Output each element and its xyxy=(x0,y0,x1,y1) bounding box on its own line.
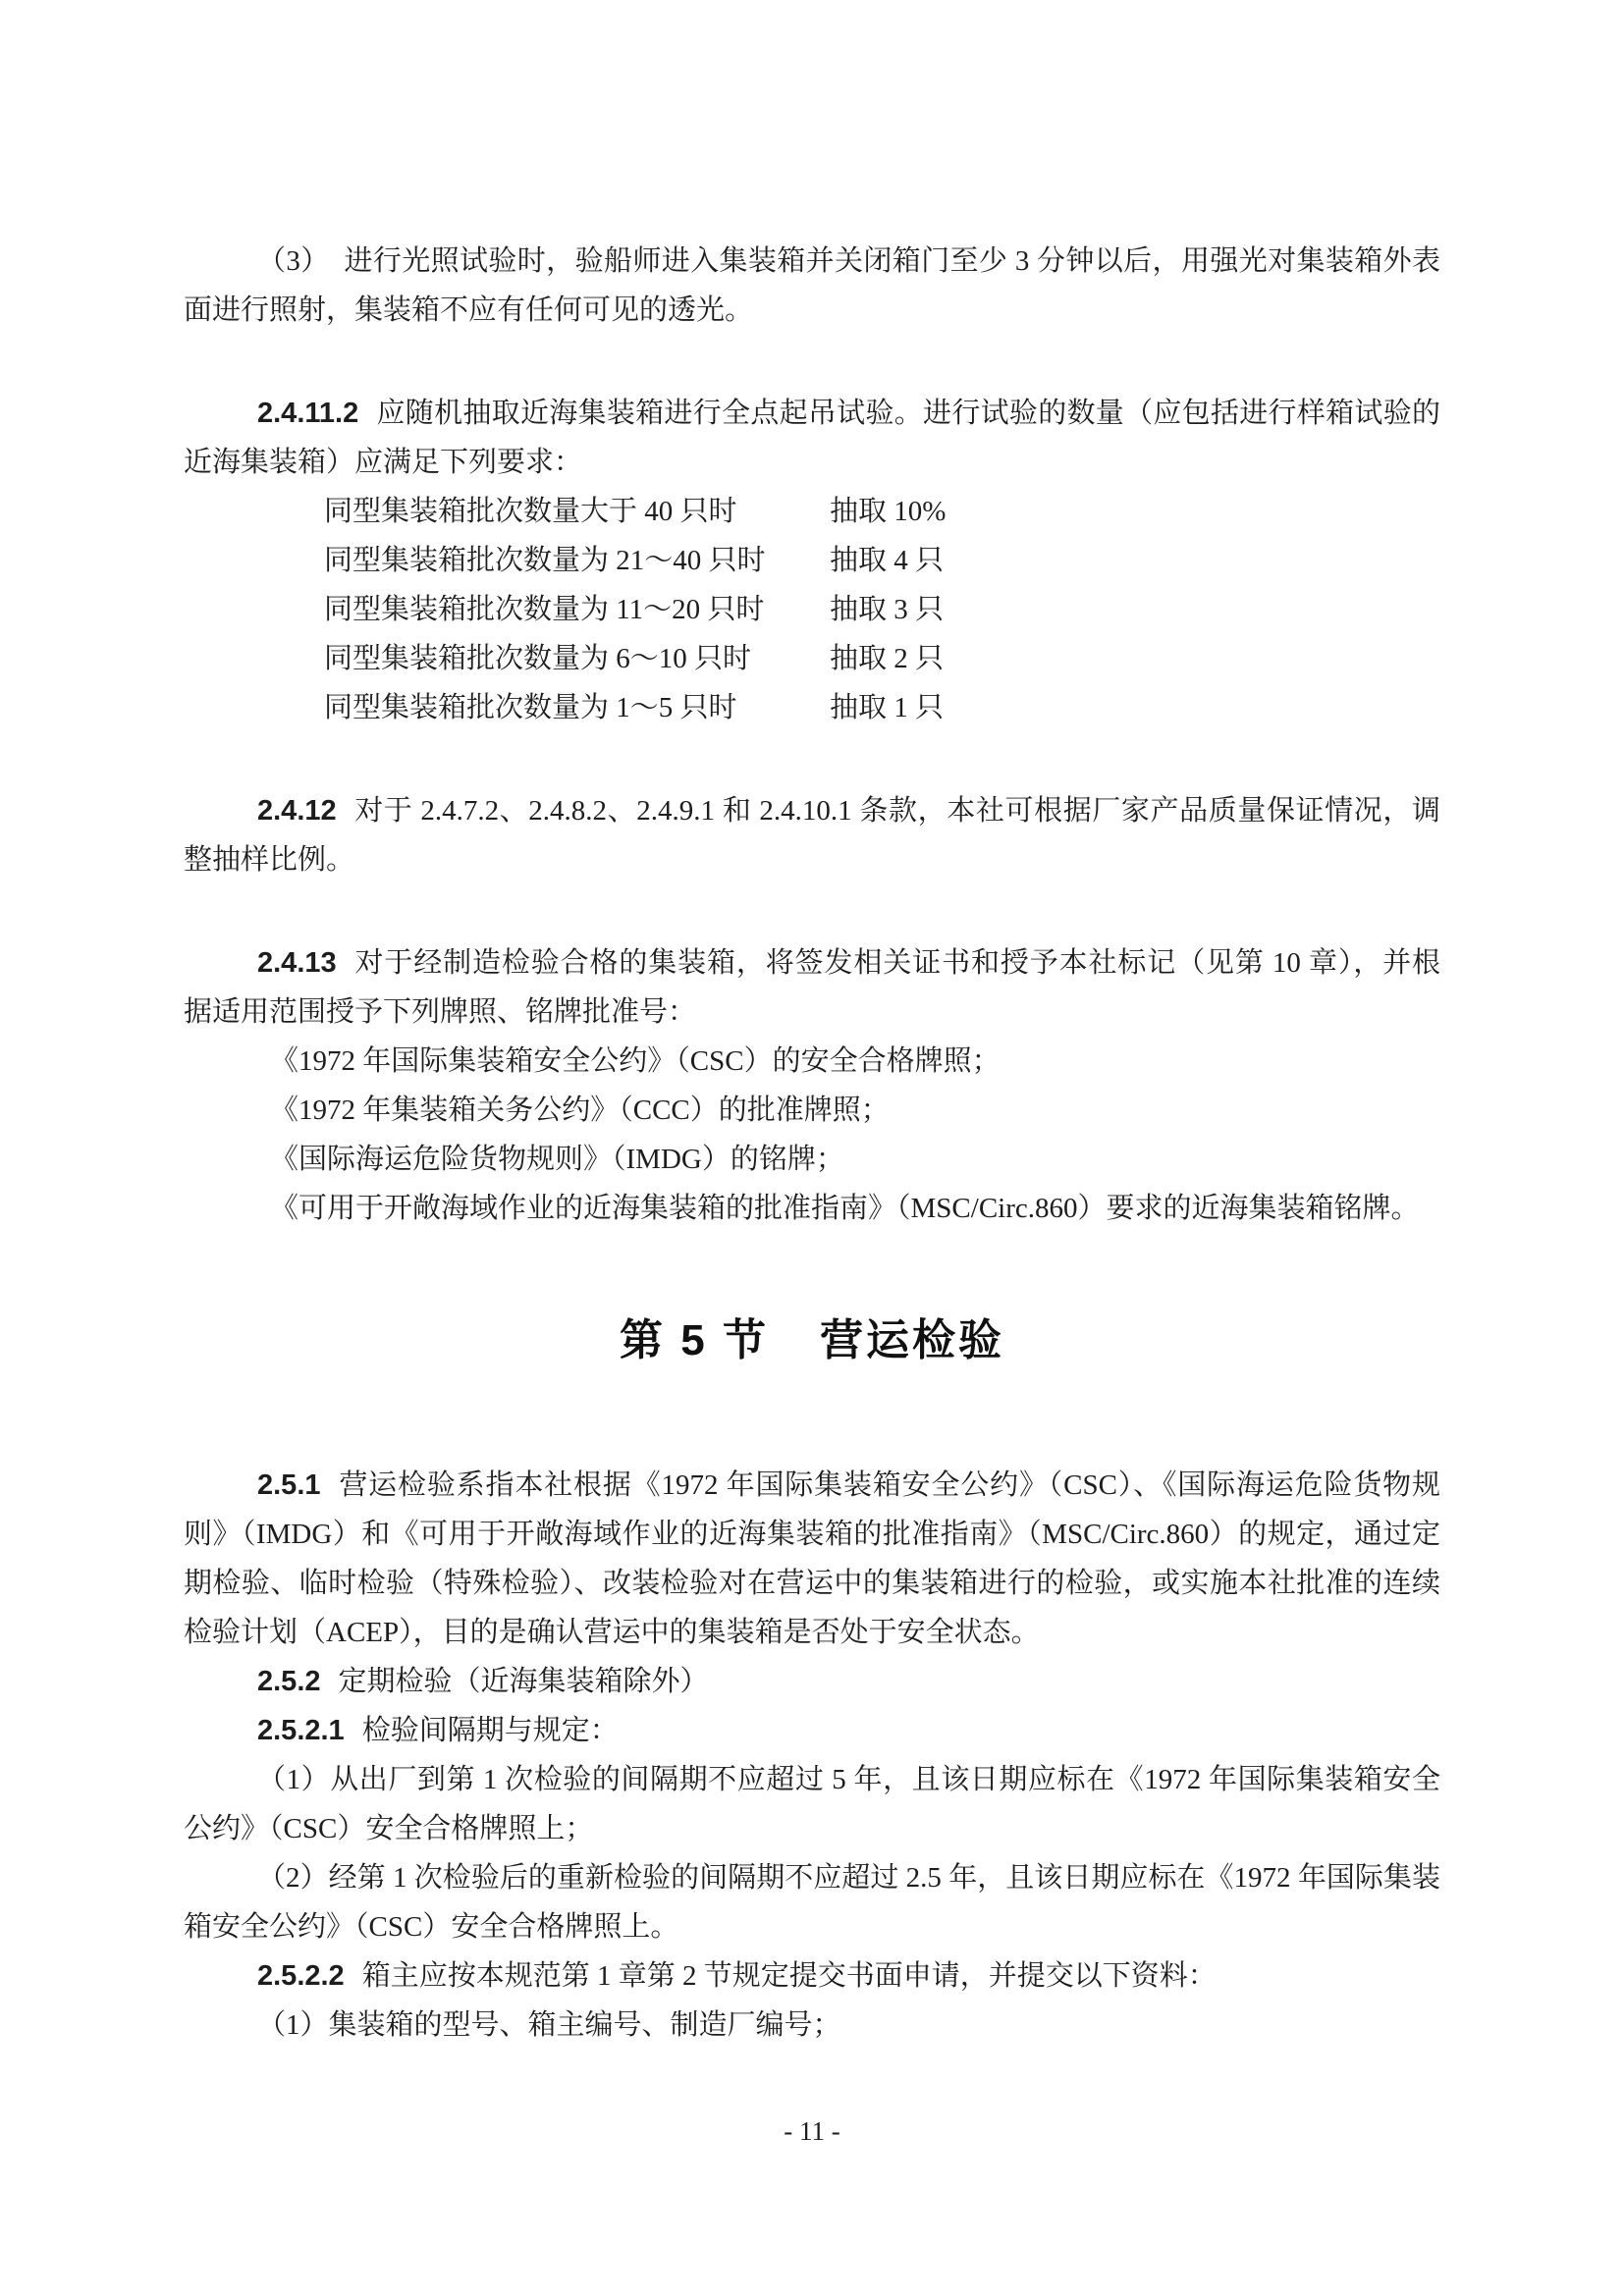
document-page: （3） 进行光照试验时，验船师进入集装箱并关闭箱门至少 3 分钟以后，用强光对集… xyxy=(0,0,1624,2296)
text-line: 2.4.13对于经制造检验合格的集装箱，将签发相关证书和授予本社标记（见第 10… xyxy=(184,938,1440,988)
list-block: 同型集装箱批次数量大于 40 只时抽取 10%同型集装箱批次数量为 21～40 … xyxy=(184,487,1440,732)
paragraph-block: （1）从出厂到第 1 次检验的间隔期不应超过 5 年，且该日期应标在《1972 … xyxy=(184,1755,1440,1853)
paragraph-block: 2.4.11.2应随机抽取近海集装箱进行全点起吊试验。进行试验的数量（应包括进行… xyxy=(184,389,1440,487)
clause-text: 公约》（CSC）安全合格牌照上； xyxy=(184,1813,593,1844)
document-body: （3） 进行光照试验时，验船师进入集装箱并关闭箱门至少 3 分钟以后，用强光对集… xyxy=(184,237,1440,2050)
section-heading-title: 营运检验 xyxy=(820,1316,1004,1364)
clause-text: 整抽样比例。 xyxy=(184,844,354,876)
clause-text: 营运检验系指本社根据《1972 年国际集装箱安全公约》（CSC）、《国际海运危险… xyxy=(339,1469,1441,1501)
clause-number: 2.5.1 xyxy=(257,1469,321,1501)
clause-number: 2.5.2 xyxy=(257,1666,321,1697)
clause-text: 《1972 年国际集装箱安全公约》（CSC）的安全合格牌照； xyxy=(270,1045,1001,1077)
clause-text: 期检验、临时检验（特殊检验）、改装检验对在营运中的集装箱进行的检验，或实施本社批… xyxy=(184,1568,1440,1599)
clause-text: 对于经制造检验合格的集装箱，将签发相关证书和授予本社标记（见第 10 章），并根 xyxy=(354,947,1440,979)
sampling-list-row: 同型集装箱批次数量为 6～10 只时抽取 2 只 xyxy=(184,634,1440,683)
text-line: 2.4.11.2应随机抽取近海集装箱进行全点起吊试验。进行试验的数量（应包括进行… xyxy=(184,389,1440,438)
sampling-list-row: 同型集装箱批次数量为 1～5 只时抽取 1 只 xyxy=(184,683,1440,732)
text-line: 《国际海运危险货物规则》（IMDG）的铭牌； xyxy=(184,1135,1440,1184)
clause-text: 检验计划（ACEP），目的是确认营运中的集装箱是否处于安全状态。 xyxy=(184,1617,1040,1648)
text-line: 《1972 年国际集装箱安全公约》（CSC）的安全合格牌照； xyxy=(184,1037,1440,1086)
clause-text: 箱主应按本规范第 1 章第 2 节规定提交书面申请，并提交以下资料： xyxy=(362,1960,1217,1992)
sampling-quantity: 抽取 10% xyxy=(830,487,946,536)
paragraph-block: （3） 进行光照试验时，验船师进入集装箱并关闭箱门至少 3 分钟以后，用强光对集… xyxy=(184,237,1440,335)
clause-number: 2.5.2.2 xyxy=(257,1960,345,1992)
text-line: 据适用范围授予下列牌照、铭牌批准号： xyxy=(184,988,1440,1037)
clause-text: 箱安全公约》（CSC）安全合格牌照上。 xyxy=(184,1911,678,1943)
paragraph-block: 2.5.1营运检验系指本社根据《1972 年国际集装箱安全公约》（CSC）、《国… xyxy=(184,1461,1440,1657)
clause-text: 据适用范围授予下列牌照、铭牌批准号： xyxy=(184,996,696,1028)
text-line: （1）集装箱的型号、箱主编号、制造厂编号； xyxy=(184,2001,1440,2050)
sampling-quantity: 抽取 3 只 xyxy=(830,585,944,634)
clause-text: （1）集装箱的型号、箱主编号、制造厂编号； xyxy=(257,2009,841,2041)
clause-text: 对于 2.4.7.2、2.4.8.2、2.4.9.1 和 2.4.10.1 条款… xyxy=(354,795,1440,827)
paragraph-block: （2）经第 1 次检验后的重新检验的间隔期不应超过 2.5 年，且该日期应标在《… xyxy=(184,1853,1440,1951)
text-line: 2.4.12对于 2.4.7.2、2.4.8.2、2.4.9.1 和 2.4.1… xyxy=(184,786,1440,835)
text-line: 《可用于开敞海域作业的近海集装箱的批准指南》（MSC/Circ.860）要求的近… xyxy=(184,1184,1440,1233)
sampling-quantity: 抽取 1 只 xyxy=(830,683,944,732)
clause-number: 2.4.11.2 xyxy=(257,398,358,429)
paragraph-block: 2.4.13对于经制造检验合格的集装箱，将签发相关证书和授予本社标记（见第 10… xyxy=(184,938,1440,1037)
text-line: 期检验、临时检验（特殊检验）、改装检验对在营运中的集装箱进行的检验，或实施本社批… xyxy=(184,1559,1440,1608)
text-line: 则》（IMDG）和《可用于开敞海域作业的近海集装箱的批准指南》（MSC/Circ… xyxy=(184,1510,1440,1559)
clause-text: 定期检验（近海集装箱除外） xyxy=(339,1666,709,1697)
text-line: 2.5.1营运检验系指本社根据《1972 年国际集装箱安全公约》（CSC）、《国… xyxy=(184,1461,1440,1510)
text-line: 检验计划（ACEP），目的是确认营运中的集装箱是否处于安全状态。 xyxy=(184,1608,1440,1657)
clause-text: （3） 进行光照试验时，验船师进入集装箱并关闭箱门至少 3 分钟以后，用强光对集… xyxy=(257,245,1440,277)
text-line: 公约》（CSC）安全合格牌照上； xyxy=(184,1804,1440,1853)
text-line: 2.5.2定期检验（近海集装箱除外） xyxy=(184,1657,1440,1706)
clause-text: 《可用于开敞海域作业的近海集装箱的批准指南》（MSC/Circ.860）要求的近… xyxy=(270,1193,1420,1224)
text-line: 2.5.2.1检验间隔期与规定： xyxy=(184,1706,1440,1755)
clause-number: 2.4.12 xyxy=(257,795,337,827)
text-line: （1）从出厂到第 1 次检验的间隔期不应超过 5 年，且该日期应标在《1972 … xyxy=(184,1755,1440,1804)
clause-text: （2）经第 1 次检验后的重新检验的间隔期不应超过 2.5 年，且该日期应标在《… xyxy=(257,1862,1440,1894)
sampling-condition: 同型集装箱批次数量为 1～5 只时 xyxy=(324,692,737,723)
paragraph-block: 2.4.12对于 2.4.7.2、2.4.8.2、2.4.9.1 和 2.4.1… xyxy=(184,786,1440,884)
text-line: （3） 进行光照试验时，验船师进入集装箱并关闭箱门至少 3 分钟以后，用强光对集… xyxy=(184,237,1440,286)
page-number: - 11 - xyxy=(0,2116,1624,2147)
clause-text: 检验间隔期与规定： xyxy=(362,1715,619,1746)
clause-text: 应随机抽取近海集装箱进行全点起吊试验。进行试验的数量（应包括进行样箱试验的 xyxy=(376,398,1440,429)
text-line: （2）经第 1 次检验后的重新检验的间隔期不应超过 2.5 年，且该日期应标在《… xyxy=(184,1853,1440,1902)
clause-text: 则》（IMDG）和《可用于开敞海域作业的近海集装箱的批准指南》（MSC/Circ… xyxy=(184,1519,1440,1550)
clause-number: 2.4.13 xyxy=(257,947,337,979)
text-line: 近海集装箱）应满足下列要求： xyxy=(184,438,1440,487)
clause-text: 《国际海运危险货物规则》（IMDG）的铭牌； xyxy=(270,1144,844,1175)
sampling-quantity: 抽取 2 只 xyxy=(830,634,944,683)
clause-text: 《1972 年集装箱关务公约》（CCC）的批准牌照； xyxy=(270,1095,890,1126)
text-line: 面进行照射，集装箱不应有任何可见的透光。 xyxy=(184,286,1440,335)
paragraph-block: 2.5.2.1检验间隔期与规定： xyxy=(184,1706,1440,1755)
sampling-condition: 同型集装箱批次数量为 6～10 只时 xyxy=(324,643,751,674)
paragraph-block: （1）集装箱的型号、箱主编号、制造厂编号； xyxy=(184,2001,1440,2050)
sampling-condition: 同型集装箱批次数量为 11～20 只时 xyxy=(324,594,764,625)
clause-text: （1）从出厂到第 1 次检验的间隔期不应超过 5 年，且该日期应标在《1972 … xyxy=(257,1764,1440,1795)
sampling-quantity: 抽取 4 只 xyxy=(830,536,944,585)
clause-number: 2.5.2.1 xyxy=(257,1715,345,1746)
sampling-list-row: 同型集装箱批次数量为 21～40 只时抽取 4 只 xyxy=(184,536,1440,585)
section-heading-number: 第 5 节 xyxy=(620,1316,769,1364)
paragraph-block: 2.5.2.2箱主应按本规范第 1 章第 2 节规定提交书面申请，并提交以下资料… xyxy=(184,1951,1440,2001)
sampling-condition: 同型集装箱批次数量大于 40 只时 xyxy=(324,496,737,527)
sampling-list-row: 同型集装箱批次数量为 11～20 只时抽取 3 只 xyxy=(184,585,1440,634)
plates-block: 《1972 年国际集装箱安全公约》（CSC）的安全合格牌照；《1972 年集装箱… xyxy=(184,1037,1440,1233)
sampling-condition: 同型集装箱批次数量为 21～40 只时 xyxy=(324,545,766,576)
text-line: 整抽样比例。 xyxy=(184,835,1440,884)
clause-text: 面进行照射，集装箱不应有任何可见的透光。 xyxy=(184,294,753,326)
text-line: 箱安全公约》（CSC）安全合格牌照上。 xyxy=(184,1902,1440,1951)
heading-block: 第 5 节营运检验 xyxy=(184,1311,1440,1370)
paragraph-block: 2.5.2定期检验（近海集装箱除外） xyxy=(184,1657,1440,1706)
sampling-list-row: 同型集装箱批次数量大于 40 只时抽取 10% xyxy=(184,487,1440,536)
text-line: 2.5.2.2箱主应按本规范第 1 章第 2 节规定提交书面申请，并提交以下资料… xyxy=(184,1951,1440,2001)
text-line: 《1972 年集装箱关务公约》（CCC）的批准牌照； xyxy=(184,1086,1440,1135)
clause-text: 近海集装箱）应满足下列要求： xyxy=(184,447,582,478)
